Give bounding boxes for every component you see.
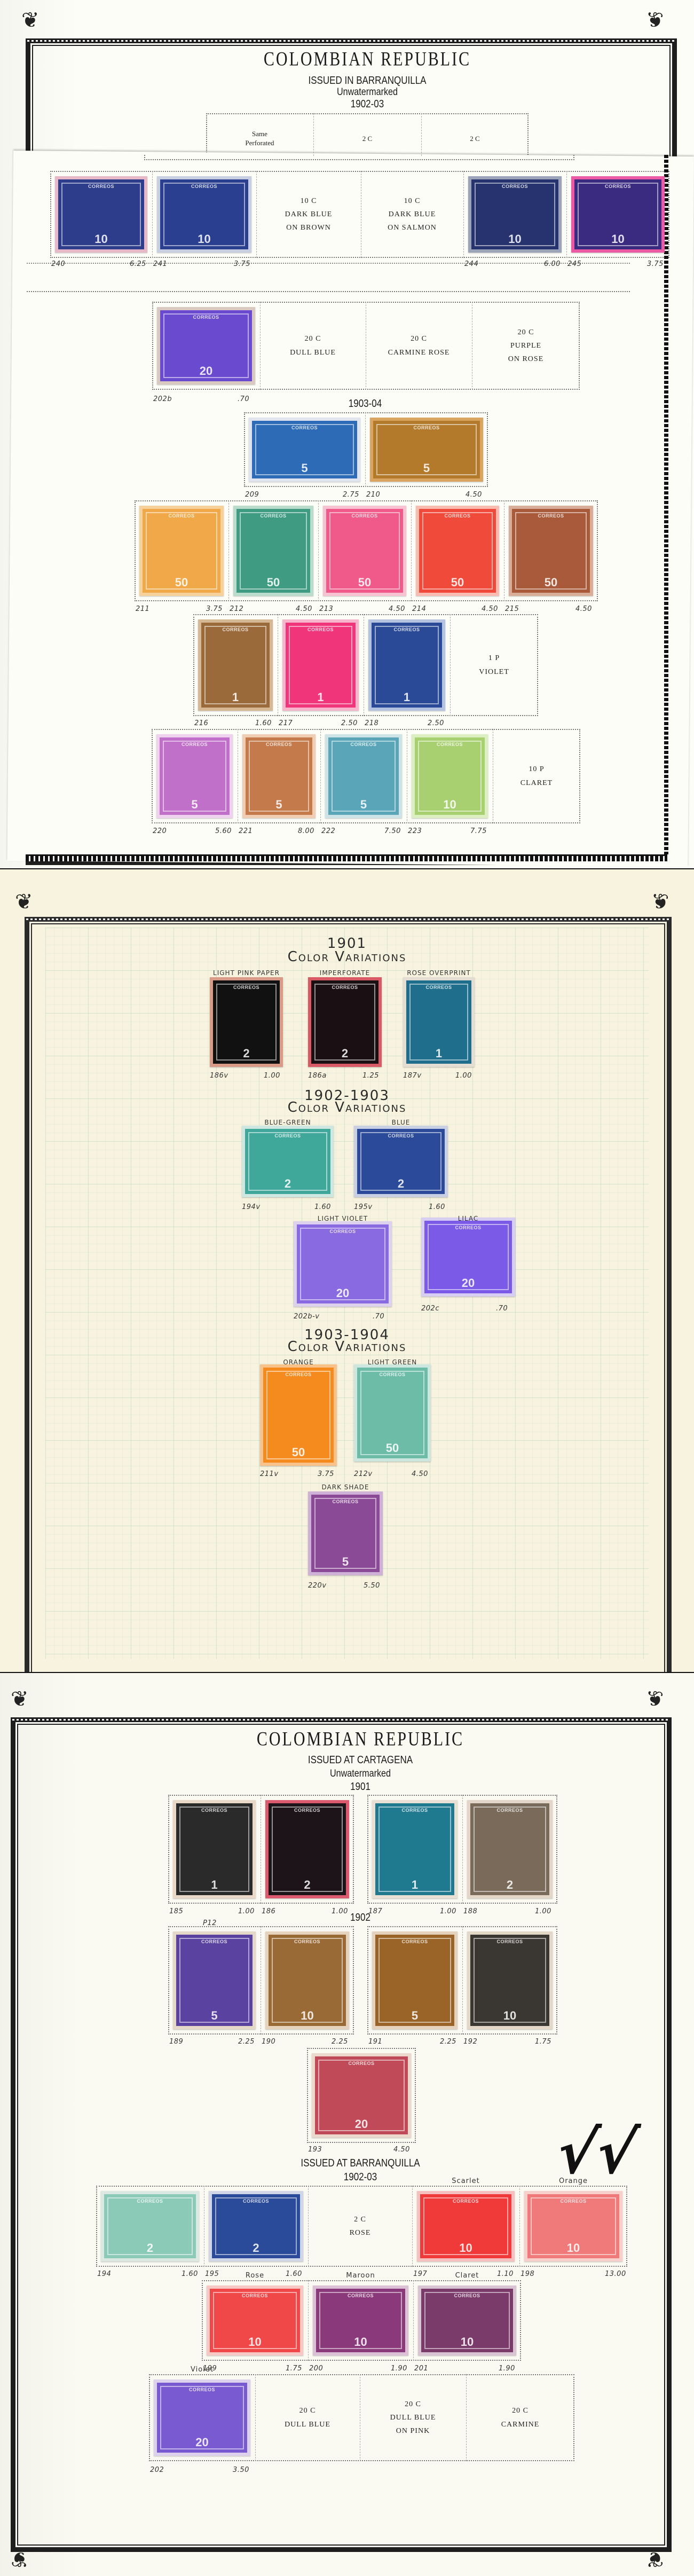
stamp-denomination: 10 bbox=[420, 2241, 511, 2255]
stamp-195v[interactable]: CORREOS2 bbox=[354, 1126, 448, 1197]
stamp-inscription: CORREOS bbox=[176, 1939, 253, 1944]
stamp-denomination: 2 bbox=[245, 1177, 330, 1191]
slot-caption: Perforated bbox=[245, 139, 274, 148]
slot-caption: 20 C bbox=[518, 326, 534, 339]
cell-divider bbox=[462, 1795, 463, 1904]
stamp-inscription: CORREOS bbox=[176, 1808, 253, 1813]
empty-stamp-slot: 2 C bbox=[421, 123, 529, 155]
stamp-inscription: CORREOS bbox=[236, 513, 310, 519]
issue-year: 1902 bbox=[350, 1912, 370, 1924]
cell-divider bbox=[261, 1926, 261, 2035]
stamp-denomination: 1 bbox=[375, 1878, 454, 1892]
page-title: COLOMBIAN REPUBLIC bbox=[264, 48, 471, 71]
slot-caption: DARK BLUE bbox=[285, 208, 333, 221]
issue-location: ISSUED IN BARRANQUILLA bbox=[308, 75, 426, 87]
catalog-price: 5.50 bbox=[364, 1582, 380, 1590]
slot-caption: 2 C bbox=[362, 135, 372, 144]
stamp-inscription: CORREOS bbox=[415, 742, 485, 747]
catalog-number: 200 bbox=[309, 2365, 323, 2373]
stamp-inscription: CORREOS bbox=[512, 513, 590, 519]
catalog-number: 223 bbox=[408, 827, 422, 835]
slot-caption: CLARET bbox=[520, 776, 553, 790]
stamp-denomination: 10 bbox=[58, 232, 144, 246]
album-page-color-variations: ❦ ❦ 1901Color VariationsCORREOS2Light Pi… bbox=[0, 869, 694, 1672]
stamp-denomination: 20 bbox=[297, 1286, 389, 1300]
cell-divider bbox=[407, 729, 407, 823]
stamp-inscription: CORREOS bbox=[357, 1133, 445, 1138]
slot-caption: PURPLE bbox=[510, 339, 541, 352]
stamp-inscription: CORREOS bbox=[375, 1939, 454, 1944]
catalog-price: 2.25 bbox=[440, 2038, 456, 2046]
catalog-number: 218 bbox=[365, 719, 378, 727]
empty-stamp-slot: 20 CCARMINE ROSE bbox=[366, 302, 472, 390]
stamp-222[interactable]: CORREOS5 bbox=[325, 734, 402, 818]
cell-divider bbox=[411, 500, 412, 601]
corner-ornament-icon: ❦ bbox=[651, 891, 669, 913]
stamp-inscription: CORREOS bbox=[326, 513, 403, 519]
catalog-number: 193 bbox=[308, 2146, 322, 2154]
catalog-price: 6.00 bbox=[544, 260, 561, 268]
stamp-202c[interactable]: CORREOS20 bbox=[421, 1218, 515, 1297]
stamp-inscription: CORREOS bbox=[373, 425, 480, 430]
catalog-price: 7.50 bbox=[384, 827, 401, 835]
catalog-number: 244 bbox=[464, 260, 478, 268]
stamp-200[interactable]: CORREOS10 bbox=[313, 2286, 408, 2355]
stamp-inscription: CORREOS bbox=[210, 2293, 300, 2298]
stamp-202b[interactable]: CORREOS20 bbox=[157, 307, 255, 384]
empty-stamp-slot: 20 CDULL BLUE bbox=[260, 302, 366, 390]
stamp-inscription: CORREOS bbox=[269, 1808, 346, 1813]
corner-ornament-icon: ❦ bbox=[15, 891, 33, 913]
stamp-190[interactable]: CORREOS10 bbox=[265, 1931, 349, 2029]
corner-ornament-icon: ❦ bbox=[11, 1688, 29, 1710]
stamp-inscription: CORREOS bbox=[375, 1808, 454, 1813]
stamp-denomination: 2 bbox=[269, 1878, 346, 1892]
stamp-241[interactable]: CORREOS10 bbox=[157, 176, 251, 253]
stamp-denomination: 20 bbox=[160, 364, 252, 378]
stamp-210[interactable]: CORREOS5 bbox=[370, 418, 483, 482]
catalog-number: 186 bbox=[262, 1907, 275, 1915]
catalog-price: 4.50 bbox=[482, 605, 498, 613]
stamp-199[interactable]: CORREOS10 bbox=[207, 2286, 303, 2355]
stamp-denomination: 50 bbox=[143, 576, 220, 590]
cell-divider bbox=[228, 500, 229, 601]
stamp-198[interactable]: CORREOS10 bbox=[524, 2191, 622, 2261]
stamp-denomination: 2 bbox=[212, 2241, 300, 2255]
catalog-price: 1.60 bbox=[182, 2270, 198, 2278]
color-note: Light Green bbox=[368, 1358, 417, 1366]
issue-year: 1902-03 bbox=[344, 2171, 377, 2184]
stamp-inscription: CORREOS bbox=[419, 513, 496, 519]
stamp-192[interactable]: CORREOS10 bbox=[467, 1931, 553, 2029]
catalog-price: 1.10 bbox=[497, 2270, 514, 2278]
slot-caption: 10 C bbox=[404, 194, 421, 208]
stamp-denomination: 2 bbox=[357, 1177, 445, 1191]
cell-divider bbox=[463, 171, 464, 258]
stamp-denomination: 1 bbox=[201, 690, 270, 704]
stamp-inscription: CORREOS bbox=[357, 1372, 428, 1377]
catalog-number: 245 bbox=[567, 260, 581, 268]
stamp-212v[interactable]: CORREOS50 bbox=[354, 1364, 431, 1462]
stamp-inscription: CORREOS bbox=[328, 742, 399, 747]
color-note: Blue bbox=[392, 1119, 411, 1126]
catalog-number: 202c bbox=[421, 1305, 439, 1313]
color-note: Orange bbox=[283, 1358, 313, 1366]
catalog-number: 240 bbox=[51, 260, 65, 268]
stamp-denomination: 1 bbox=[372, 690, 442, 704]
stamp-denomination: 1 bbox=[176, 1878, 253, 1892]
slot-caption: DULL BLUE bbox=[390, 2411, 436, 2424]
catalog-price: 1.75 bbox=[535, 2038, 551, 2046]
issue-year: 1903-04 bbox=[349, 398, 382, 410]
color-note: Light Pink Paper bbox=[213, 969, 280, 977]
stamp-denomination: 50 bbox=[236, 576, 310, 590]
page-divider bbox=[0, 868, 694, 869]
stamp-inscription: CORREOS bbox=[263, 1372, 334, 1377]
stamp-denomination: 2 bbox=[470, 1878, 549, 1892]
stamp-186a[interactable]: CORREOS2 bbox=[308, 977, 382, 1067]
slot-caption: CARMINE ROSE bbox=[388, 346, 450, 359]
stamp-denomination: 5 bbox=[373, 461, 480, 475]
catalog-number: 202 bbox=[150, 2466, 164, 2474]
catalog-price: 4.50 bbox=[575, 605, 592, 613]
stamp-211[interactable]: CORREOS50 bbox=[139, 506, 224, 596]
page-border-right bbox=[664, 155, 668, 854]
stamp-denomination: 10 bbox=[574, 232, 661, 246]
section-heading: Color Variations bbox=[288, 949, 407, 965]
catalog-number: 202b-v bbox=[294, 1313, 319, 1321]
catalog-number: 241 bbox=[153, 260, 167, 268]
stamp-inscription: CORREOS bbox=[212, 2198, 300, 2204]
slot-caption: DARK BLUE bbox=[389, 208, 436, 221]
stamp-inscription: CORREOS bbox=[470, 1939, 549, 1944]
stamp-denomination: 10 bbox=[421, 2335, 513, 2349]
stamp-inscription: CORREOS bbox=[315, 2061, 408, 2066]
stamp-202b-v[interactable]: CORREOS20 bbox=[294, 1221, 392, 1307]
stamp-inscription: CORREOS bbox=[527, 2198, 619, 2204]
catalog-price: 1.00 bbox=[455, 1072, 472, 1080]
stamp-inscription: CORREOS bbox=[104, 2198, 196, 2204]
cell-divider bbox=[462, 1926, 463, 2035]
cell-divider bbox=[413, 2280, 414, 2361]
stamp-inscription: CORREOS bbox=[420, 2198, 511, 2204]
stamp-188[interactable]: CORREOS2 bbox=[467, 1800, 553, 1898]
stamp-189[interactable]: CORREOS5 bbox=[173, 1931, 256, 2029]
stamp-201[interactable]: CORREOS10 bbox=[418, 2286, 516, 2355]
stamp-inscription: CORREOS bbox=[311, 985, 378, 990]
stamp-denomination: 10 bbox=[470, 2009, 549, 2023]
catalog-number: 201 bbox=[414, 2365, 428, 2373]
stamp-denomination: 5 bbox=[246, 798, 312, 812]
cell-divider bbox=[364, 614, 364, 716]
stamp-denomination: 10 bbox=[471, 232, 558, 246]
stamp-195[interactable]: CORREOS2 bbox=[209, 2191, 303, 2261]
stamp-inscription: CORREOS bbox=[421, 2293, 513, 2298]
stamp-inscription: CORREOS bbox=[213, 985, 280, 990]
stamp-inscription: CORREOS bbox=[157, 2387, 247, 2392]
slot-caption: 2 C bbox=[354, 2213, 366, 2226]
catalog-number: 189 bbox=[169, 2038, 183, 2046]
corner-ornament-icon: ❦ bbox=[21, 10, 40, 31]
stamp-inscription: CORREOS bbox=[252, 425, 357, 430]
stamp-denomination: 50 bbox=[512, 576, 590, 590]
page-border-bottom bbox=[26, 854, 667, 861]
catalog-number: 215 bbox=[505, 605, 519, 613]
cell-divider bbox=[152, 171, 153, 258]
stamp-denomination: 2 bbox=[104, 2241, 196, 2255]
stamp-inscription: CORREOS bbox=[160, 742, 230, 747]
catalog-number: 210 bbox=[366, 491, 380, 499]
catalog-number: 195 bbox=[205, 2270, 219, 2278]
stamp-denomination: 20 bbox=[424, 1276, 512, 1290]
stamp-inscription: CORREOS bbox=[424, 1225, 512, 1230]
slot-caption: 10 P bbox=[529, 763, 544, 776]
stamp-220[interactable]: CORREOS5 bbox=[156, 734, 233, 818]
color-note: Violet bbox=[191, 2366, 214, 2374]
slot-caption: DULL BLUE bbox=[285, 2418, 330, 2431]
catalog-number: 213 bbox=[319, 605, 333, 613]
empty-stamp-slot: 20 CPURPLEON ROSE bbox=[472, 302, 580, 390]
album-page-barranquilla: ❦ ❦ COLOMBIAN REPUBLIC ISSUED IN BARRANQ… bbox=[0, 0, 694, 869]
stamp-240[interactable]: CORREOS10 bbox=[55, 176, 147, 253]
color-note: Dark Shade bbox=[322, 1483, 369, 1491]
empty-stamp-slot: 20 CDULL BLUEON PINK bbox=[360, 2374, 466, 2461]
cell-divider bbox=[238, 729, 238, 823]
stamp-inscription: CORREOS bbox=[297, 1229, 389, 1234]
stamp-185[interactable]: CORREOS1 bbox=[173, 1800, 256, 1898]
stamp-193[interactable]: CORREOS20 bbox=[312, 2053, 411, 2138]
catalog-number: 220 bbox=[153, 827, 167, 835]
catalog-number: 209 bbox=[245, 491, 259, 499]
catalog-price: 2.50 bbox=[341, 719, 358, 727]
cell-divider bbox=[365, 412, 366, 487]
stamp-244[interactable]: CORREOS10 bbox=[468, 176, 562, 253]
catalog-price: 2.75 bbox=[343, 491, 359, 499]
catalog-number: 212 bbox=[230, 605, 243, 613]
catalog-price: 1.90 bbox=[391, 2365, 407, 2373]
catalog-price: 1.00 bbox=[264, 1072, 280, 1080]
stamp-denomination: 10 bbox=[160, 232, 248, 246]
stamp-194[interactable]: CORREOS2 bbox=[101, 2191, 199, 2261]
slot-caption: 2 C bbox=[470, 135, 479, 144]
stamp-inscription: CORREOS bbox=[143, 513, 220, 519]
catalog-price: .70 bbox=[496, 1305, 508, 1313]
stamp-denomination: 5 bbox=[176, 2009, 253, 2023]
empty-stamp-slot: SamePerforated bbox=[206, 123, 313, 155]
section-heading: Color Variations bbox=[288, 1339, 407, 1355]
catalog-price: 1.90 bbox=[499, 2365, 515, 2373]
stamp-denomination: 5 bbox=[328, 798, 399, 812]
stamp-213[interactable]: CORREOS50 bbox=[323, 506, 406, 596]
stamp-denomination: 5 bbox=[160, 798, 230, 812]
stamp-220v[interactable]: CORREOS5 bbox=[308, 1491, 383, 1575]
stamp-denomination: 50 bbox=[419, 576, 496, 590]
color-note: Imperforate bbox=[320, 969, 370, 977]
empty-stamp-slot: 20 CDULL BLUE bbox=[255, 2374, 360, 2461]
catalog-number: 211 bbox=[136, 605, 149, 613]
catalog-number: 190 bbox=[262, 2038, 275, 2046]
catalog-number: 186v bbox=[210, 1072, 228, 1080]
catalog-number: 188 bbox=[463, 1907, 477, 1915]
slot-caption: 10 C bbox=[301, 194, 317, 208]
slot-caption: 20 C bbox=[411, 332, 427, 345]
corner-ornament-icon: ❦ bbox=[646, 10, 664, 31]
stamp-217[interactable]: CORREOS1 bbox=[282, 619, 359, 711]
catalog-number: 191 bbox=[368, 2038, 382, 2046]
catalog-price: 4.50 bbox=[393, 2146, 410, 2154]
stamp-denomination: 10 bbox=[527, 2241, 619, 2255]
stamp-223[interactable]: CORREOS10 bbox=[412, 734, 488, 818]
empty-stamp-slot: 10 CDARK BLUEON SALMON bbox=[361, 171, 463, 258]
catalog-number: 216 bbox=[194, 719, 208, 727]
slot-caption: VIOLET bbox=[479, 665, 509, 679]
stamp-218[interactable]: CORREOS1 bbox=[368, 619, 445, 711]
cell-divider bbox=[278, 614, 278, 716]
catalog-price: 3.50 bbox=[233, 2466, 249, 2474]
stamp-202[interactable]: CORREOS20 bbox=[154, 2379, 250, 2456]
catalog-price: 4.50 bbox=[296, 605, 312, 613]
catalog-number: 211v bbox=[260, 1470, 279, 1478]
slot-caption: Same bbox=[252, 130, 267, 139]
catalog-price: 1.60 bbox=[255, 719, 272, 727]
catalog-price: 8.00 bbox=[298, 827, 314, 835]
empty-stamp-slot: 2 C bbox=[313, 123, 421, 155]
catalog-price: 2.50 bbox=[428, 719, 444, 727]
catalog-price: 3.75 bbox=[206, 605, 223, 613]
cell-divider bbox=[412, 2186, 413, 2267]
catalog-price: 7.75 bbox=[470, 827, 487, 835]
color-note: Scarlet bbox=[452, 2177, 479, 2185]
catalog-price: 4.50 bbox=[389, 605, 405, 613]
catalog-price: 1.25 bbox=[362, 1072, 379, 1080]
catalog-number: 212v bbox=[354, 1470, 373, 1478]
stamp-214[interactable]: CORREOS50 bbox=[416, 506, 499, 596]
slot-caption: ON BROWN bbox=[286, 221, 331, 234]
stamp-denomination: 20 bbox=[157, 2436, 247, 2449]
catalog-price: 1.60 bbox=[429, 1203, 445, 1211]
stamp-inscription: CORREOS bbox=[372, 627, 442, 632]
catalog-price: 1.00 bbox=[332, 1907, 348, 1915]
empty-stamp-slot: 1 PVIOLET bbox=[450, 614, 538, 716]
stamp-inscription: CORREOS bbox=[470, 1808, 549, 1813]
stamp-211v[interactable]: CORREOS50 bbox=[260, 1364, 337, 1466]
empty-stamp-slot: 10 CDARK BLUEON BROWN bbox=[256, 171, 361, 258]
issue-location: ISSUED AT CARTAGENA bbox=[308, 1754, 413, 1766]
stamp-245[interactable]: CORREOS10 bbox=[571, 176, 665, 253]
stamp-denomination: 1 bbox=[406, 1047, 471, 1061]
stamp-212[interactable]: CORREOS50 bbox=[233, 506, 313, 596]
corner-ornament-icon: ❦ bbox=[646, 1688, 664, 1710]
catalog-number: 221 bbox=[239, 827, 253, 835]
color-note: Light Violet bbox=[318, 1215, 368, 1222]
catalog-price: 1.60 bbox=[286, 2270, 302, 2278]
catalog-price: 4.50 bbox=[466, 491, 482, 499]
catalog-number: 198 bbox=[520, 2270, 534, 2278]
stamp-inscription: CORREOS bbox=[160, 315, 252, 320]
stamp-denomination: 10 bbox=[269, 2009, 346, 2023]
catalog-number: 202b bbox=[153, 395, 172, 403]
catalog-number: 222 bbox=[321, 827, 335, 835]
stamp-215[interactable]: CORREOS50 bbox=[509, 506, 593, 596]
catalog-number: 195v bbox=[354, 1203, 373, 1211]
catalog-price: 1.00 bbox=[440, 1907, 456, 1915]
catalog-price: .70 bbox=[238, 395, 249, 403]
catalog-price: 3.75 bbox=[318, 1470, 334, 1478]
stamp-186[interactable]: CORREOS2 bbox=[265, 1800, 349, 1898]
catalog-number: 187 bbox=[368, 1907, 382, 1915]
stamp-inscription: CORREOS bbox=[269, 1939, 346, 1944]
slot-caption: ON ROSE bbox=[508, 352, 544, 366]
cell-divider bbox=[204, 2186, 204, 2267]
catalog-price: 6.25 bbox=[130, 260, 146, 268]
stamp-denomination: 10 bbox=[210, 2335, 300, 2349]
stamp-191[interactable]: CORREOS5 bbox=[372, 1931, 458, 2029]
color-note: Claret bbox=[455, 2272, 479, 2280]
stamp-221[interactable]: CORREOS5 bbox=[242, 734, 316, 818]
stamp-187[interactable]: CORREOS1 bbox=[372, 1800, 458, 1898]
stamp-197[interactable]: CORREOS10 bbox=[417, 2191, 515, 2261]
stamp-inscription: CORREOS bbox=[574, 184, 661, 189]
catalog-price: 3.75 bbox=[234, 260, 250, 268]
cell-divider bbox=[504, 500, 504, 601]
cell-divider bbox=[318, 500, 319, 601]
watermark-note: Unwatermarked bbox=[330, 1768, 391, 1780]
slot-caption: 1 P bbox=[488, 651, 500, 665]
stamp-inscription: CORREOS bbox=[406, 985, 471, 990]
slot-caption: CARMINE bbox=[501, 2418, 540, 2431]
stamp-inscription: CORREOS bbox=[201, 627, 270, 632]
color-note: Maroon bbox=[346, 2272, 375, 2280]
stamp-inscription: CORREOS bbox=[246, 742, 312, 747]
catalog-price: 2.25 bbox=[332, 2038, 348, 2046]
stamp-inscription: CORREOS bbox=[316, 2293, 405, 2298]
empty-stamp-slot: 10 PCLARET bbox=[493, 729, 580, 823]
catalog-number: 194 bbox=[97, 2270, 111, 2278]
stamp-inscription: CORREOS bbox=[471, 184, 558, 189]
issue-year: 1901 bbox=[350, 1781, 370, 1793]
stamp-denomination: 2 bbox=[311, 1047, 378, 1061]
slot-caption: 20 C bbox=[512, 2404, 529, 2417]
stamp-194v[interactable]: CORREOS2 bbox=[242, 1126, 334, 1197]
stamp-denomination: 5 bbox=[375, 2009, 454, 2023]
cell-divider bbox=[320, 729, 321, 823]
cell-divider bbox=[519, 2186, 520, 2267]
watermark-note: Unwatermarked bbox=[337, 87, 398, 98]
stamp-denomination: 50 bbox=[263, 1446, 334, 1459]
catalog-price: .70 bbox=[373, 1313, 384, 1321]
slot-caption: 20 C bbox=[305, 332, 321, 345]
color-note: Lilac bbox=[458, 1215, 479, 1222]
catalog-price: 4.50 bbox=[412, 1470, 428, 1478]
section-heading: Color Variations bbox=[288, 1099, 407, 1116]
slot-caption: DULL BLUE bbox=[290, 346, 336, 359]
catalog-number: 185 bbox=[169, 1907, 183, 1915]
color-note: Orange bbox=[559, 2177, 588, 2185]
stamp-216[interactable]: CORREOS1 bbox=[198, 619, 273, 711]
catalog-number: 217 bbox=[279, 719, 293, 727]
catalog-number: 192 bbox=[463, 2038, 477, 2046]
issue-year: 1902-03 bbox=[351, 98, 384, 111]
stamp-209[interactable]: CORREOS5 bbox=[249, 418, 360, 482]
stamp-inscription: CORREOS bbox=[286, 627, 356, 632]
stamp-denomination: 10 bbox=[316, 2335, 405, 2349]
album-page-cartagena: ❦ ❦ ❦ ❦ COLOMBIAN REPUBLIC ISSUED AT CAR… bbox=[0, 1672, 694, 2576]
stamp-187v[interactable]: CORREOS1 bbox=[403, 977, 475, 1067]
issue-location: ISSUED AT BARRANQUILLA bbox=[301, 2157, 420, 2170]
slot-caption: 20 C bbox=[299, 2404, 316, 2417]
stamp-186v[interactable]: CORREOS2 bbox=[210, 977, 283, 1067]
catalog-number: 194v bbox=[242, 1203, 261, 1211]
